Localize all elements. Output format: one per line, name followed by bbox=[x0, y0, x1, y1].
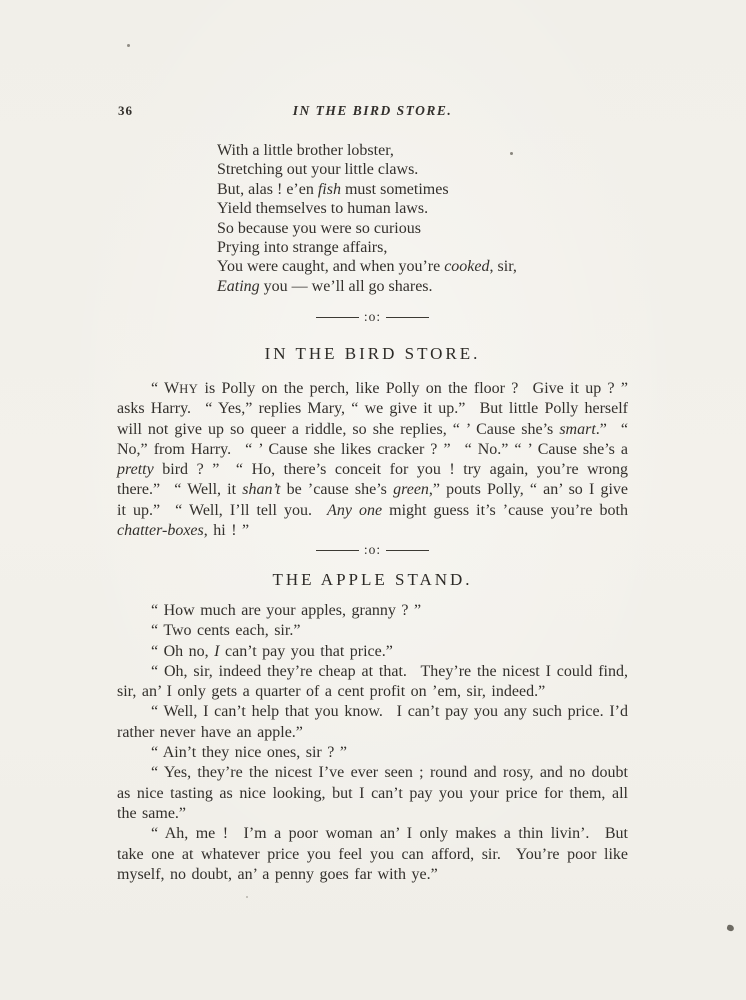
ink-speck bbox=[127, 44, 130, 47]
poem-line: Stretching out your little claws. bbox=[217, 160, 517, 179]
section-divider: :o: bbox=[117, 544, 628, 558]
divider-ornament: :o: bbox=[364, 310, 381, 324]
dialogue-paragraph: “ Ah, me ! I’m a poor woman an’ I only m… bbox=[117, 824, 628, 885]
poem-line: Eating you — we’ll all go shares. bbox=[217, 277, 517, 296]
dialogue-paragraph: “ How much are your apples, granny ? ” bbox=[117, 601, 628, 621]
dialogue-paragraph: “ Well, I can’t help that you know. I ca… bbox=[117, 702, 628, 743]
apple-stand-text: “ How much are your apples, granny ? ” “… bbox=[117, 601, 628, 885]
section-title-apple-stand: THE APPLE STAND. bbox=[117, 570, 628, 590]
poem-line: Yield themselves to human laws. bbox=[217, 199, 517, 218]
divider-rule bbox=[316, 550, 359, 551]
poem-line: You were caught, and when you’re cooked,… bbox=[217, 257, 517, 276]
ink-speck bbox=[246, 896, 248, 898]
poem-line: With a little brother lobster, bbox=[217, 141, 517, 160]
section-divider: :o: bbox=[117, 311, 628, 325]
poem-line: But, alas ! e’en fish must sometimes bbox=[217, 180, 517, 199]
bird-store-text: “ WHY is Polly on the perch, like Polly … bbox=[117, 379, 628, 541]
dialogue-paragraph: “ Oh no, I can’t pay you that price.” bbox=[117, 642, 628, 662]
bird-store-paragraph: “ WHY is Polly on the perch, like Polly … bbox=[117, 379, 628, 541]
ink-speck bbox=[510, 152, 513, 155]
divider-rule bbox=[316, 317, 359, 318]
dialogue-paragraph: “ Yes, they’re the nicest I’ve ever seen… bbox=[117, 763, 628, 824]
poem-line: Prying into strange affairs, bbox=[217, 238, 517, 257]
section-title-bird-store: IN THE BIRD STORE. bbox=[117, 344, 628, 364]
dialogue-paragraph: “ Ain’t they nice ones, sir ? ” bbox=[117, 743, 628, 763]
divider-ornament: :o: bbox=[364, 543, 381, 557]
dialogue-paragraph: “ Oh, sir, indeed they’re cheap at that.… bbox=[117, 662, 628, 703]
book-page: 36 IN THE BIRD STORE. With a little brot… bbox=[0, 0, 746, 1000]
poem-stanza: With a little brother lobster, Stretchin… bbox=[217, 141, 517, 296]
divider-rule bbox=[386, 317, 429, 318]
poem-line: So because you were so curious bbox=[217, 219, 517, 238]
dialogue-paragraph: “ Two cents each, sir.” bbox=[117, 621, 628, 641]
ink-blot bbox=[726, 924, 735, 932]
running-head: IN THE BIRD STORE. bbox=[117, 103, 628, 119]
divider-rule bbox=[386, 550, 429, 551]
